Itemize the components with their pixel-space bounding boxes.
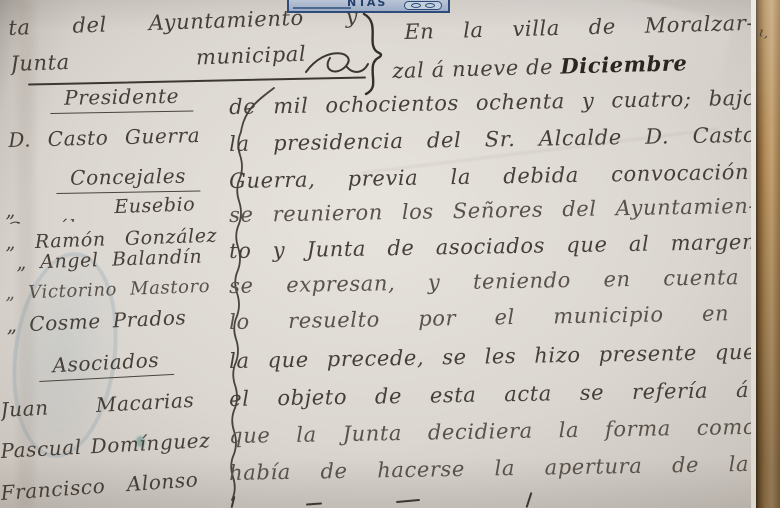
manuscript-page: NTAS ta del Ayuntamiento y Junta municip… xyxy=(0,0,780,508)
section-label-presidente: Presidente xyxy=(50,86,193,108)
body-line: se reunieron los Señores del Ayuntamien- xyxy=(229,196,756,229)
presidente-text: Presidente xyxy=(50,84,193,114)
margin-heading-line-2: Junta municipal xyxy=(10,44,307,78)
body-line: había de hacerse la apertura de la xyxy=(229,454,749,487)
cut-off-line-stroke xyxy=(526,492,533,508)
cut-off-line-stroke xyxy=(396,499,420,503)
cut-off-line-stroke xyxy=(306,502,322,505)
body-line: Guerra, previa la debida convocación xyxy=(229,162,749,195)
associate-name: Francisco Alonso xyxy=(0,469,199,506)
stamp-scroll-ornament xyxy=(404,1,442,10)
body-line: el objeto de esta acta se refería á xyxy=(229,380,749,413)
opening-line-2-prefix: zal á nueve de xyxy=(392,55,561,83)
book-binding-edge xyxy=(756,0,780,508)
body-line: que la Junta decidiera la forma como xyxy=(229,417,756,450)
body-line: to y Junta de asociados que al margen xyxy=(229,232,756,265)
body-line: se expresan, y teniendo en cuenta xyxy=(229,267,739,300)
stray-ink-mark: ι, xyxy=(758,26,771,41)
body-line: de mil ochocientos ochenta y cuatro; baj… xyxy=(229,88,756,121)
body-opening-line: zal á nueve de Diciembre xyxy=(392,51,726,82)
section-label-asociados: Asociados xyxy=(38,349,174,376)
councillor-name: „ Eusebio González xyxy=(5,195,196,223)
body-opening-line: En la villa de Moralzar- xyxy=(404,13,755,46)
asociados-text: Asociados xyxy=(38,347,174,382)
brace xyxy=(360,12,386,96)
margin-heading-line-1: ta del Ayuntamiento y xyxy=(8,6,359,42)
concejales-text: Concejales xyxy=(56,163,200,194)
body-line: la presidencia del Sr. Alcalde D. Casto xyxy=(229,125,756,158)
body-line: la que precede, se les hizo presente que xyxy=(229,342,756,375)
body-line: lo resuelto por el municipio en xyxy=(229,303,729,336)
month-overwritten: Diciembre xyxy=(560,50,688,78)
president-name: D. Casto Guerra xyxy=(8,125,201,153)
section-label-concejales: Concejales xyxy=(56,165,200,188)
